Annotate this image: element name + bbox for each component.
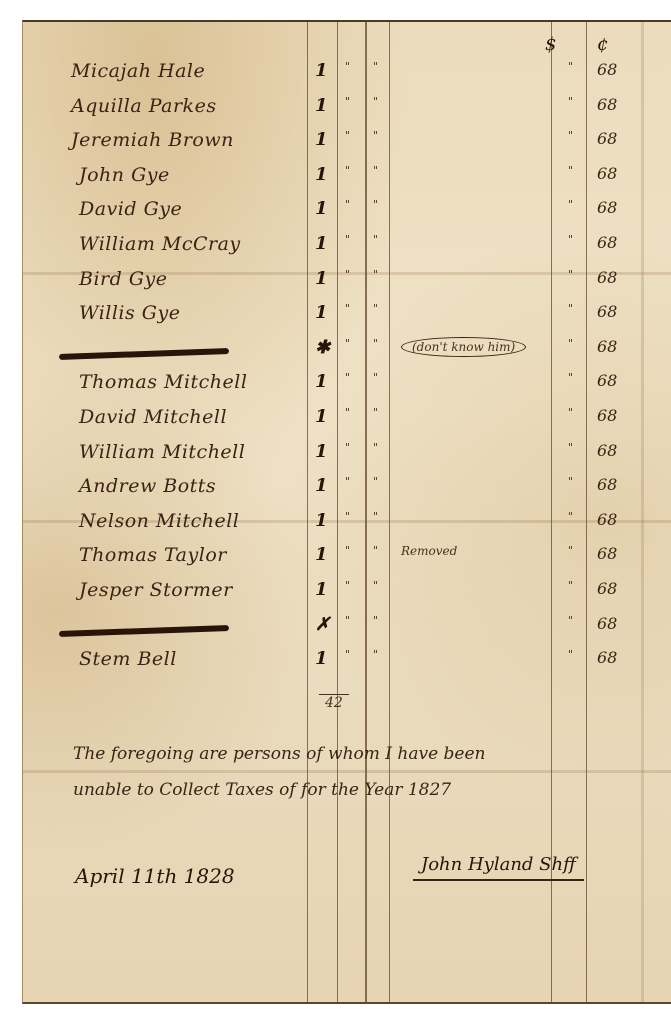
ditto-mark: " bbox=[568, 544, 573, 557]
sheriff-signature: John Hyland Shff bbox=[413, 854, 584, 881]
tax-amount-cents: 68 bbox=[597, 441, 617, 460]
ledger-row: Aquilla Parkes 1 " " " 68 bbox=[23, 95, 671, 129]
tax-amount-cents: 68 bbox=[597, 164, 617, 183]
tax-amount-cents: 68 bbox=[597, 129, 617, 148]
ledger-row: Thomas Taylor 1 " " Removed " 68 bbox=[23, 544, 671, 578]
taxpayer-name: Jesper Stormer bbox=[71, 579, 233, 601]
ledger-row: William Mitchell 1 " " " 68 bbox=[23, 441, 671, 475]
poll-count: ✱ bbox=[315, 337, 330, 358]
ditto-mark: " bbox=[373, 302, 378, 315]
poll-count: ✗ bbox=[315, 614, 330, 635]
tax-amount-cents: 68 bbox=[597, 475, 617, 494]
taxpayer-name: William Mitchell bbox=[71, 441, 245, 463]
count-total: 42 bbox=[319, 694, 349, 711]
ditto-mark: " bbox=[373, 544, 378, 557]
ditto-mark: " bbox=[373, 406, 378, 419]
taxpayer-name: David Mitchell bbox=[71, 406, 227, 428]
ditto-mark: " bbox=[373, 198, 378, 211]
ditto-mark: " bbox=[345, 475, 350, 488]
taxpayer-name: Stem Bell bbox=[71, 648, 177, 670]
tax-amount-cents: 68 bbox=[597, 302, 617, 321]
ditto-mark: " bbox=[568, 95, 573, 108]
ditto-mark: " bbox=[345, 544, 350, 557]
ditto-mark: " bbox=[345, 129, 350, 142]
ditto-mark: " bbox=[345, 614, 350, 627]
tax-amount-cents: 68 bbox=[597, 648, 617, 667]
tax-amount-cents: 68 bbox=[597, 95, 617, 114]
ditto-mark: " bbox=[568, 164, 573, 177]
tax-amount-cents: 68 bbox=[597, 268, 617, 287]
ditto-mark: " bbox=[568, 233, 573, 246]
taxpayer-name: Andrew Botts bbox=[71, 475, 216, 497]
row-note: (don't know him) bbox=[401, 337, 526, 357]
ditto-mark: " bbox=[568, 510, 573, 523]
ditto-mark: " bbox=[373, 268, 378, 281]
statement-line-1: The foregoing are persons of whom I have… bbox=[73, 744, 486, 764]
tax-amount-cents: 68 bbox=[597, 233, 617, 252]
ditto-mark: " bbox=[373, 510, 378, 523]
strikethrough-mark bbox=[59, 625, 229, 637]
tax-amount-cents: 68 bbox=[597, 579, 617, 598]
poll-count: 1 bbox=[315, 371, 328, 392]
poll-count: 1 bbox=[315, 129, 328, 150]
ledger-row: David Gye 1 " " " 68 bbox=[23, 198, 671, 232]
cents-header: ¢ bbox=[597, 34, 608, 55]
ditto-mark: " bbox=[568, 60, 573, 73]
ditto-mark: " bbox=[345, 510, 350, 523]
ditto-mark: " bbox=[373, 129, 378, 142]
ditto-mark: " bbox=[345, 198, 350, 211]
ditto-mark: " bbox=[373, 337, 378, 350]
ledger-row: Willis Gye 1 " " " 68 bbox=[23, 302, 671, 336]
ditto-mark: " bbox=[373, 475, 378, 488]
statement-line-2: unable to Collect Taxes of for the Year … bbox=[73, 780, 451, 800]
ditto-mark: " bbox=[568, 579, 573, 592]
tax-amount-cents: 68 bbox=[597, 337, 617, 356]
ditto-mark: " bbox=[373, 579, 378, 592]
ditto-mark: " bbox=[345, 406, 350, 419]
tax-amount-cents: 68 bbox=[597, 371, 617, 390]
poll-count: 1 bbox=[315, 441, 328, 462]
tax-amount-cents: 68 bbox=[597, 198, 617, 217]
poll-count: 1 bbox=[315, 233, 328, 254]
ditto-mark: " bbox=[345, 164, 350, 177]
ditto-mark: " bbox=[373, 233, 378, 246]
taxpayer-name: Micajah Hale bbox=[71, 60, 205, 82]
poll-count: 1 bbox=[315, 510, 328, 531]
poll-count: 1 bbox=[315, 406, 328, 427]
ledger-row: Jesper Stormer 1 " " " 68 bbox=[23, 579, 671, 613]
ledger-row: David Mitchell 1 " " " 68 bbox=[23, 406, 671, 440]
poll-count: 1 bbox=[315, 95, 328, 116]
ditto-mark: " bbox=[373, 95, 378, 108]
taxpayer-name: Aquilla Parkes bbox=[71, 95, 217, 117]
poll-count: 1 bbox=[315, 60, 328, 81]
tax-amount-cents: 68 bbox=[597, 60, 617, 79]
ditto-mark: " bbox=[373, 164, 378, 177]
ditto-mark: " bbox=[568, 441, 573, 454]
taxpayer-name: Thomas Taylor bbox=[71, 544, 227, 566]
ditto-mark: " bbox=[345, 337, 350, 350]
ditto-mark: " bbox=[568, 268, 573, 281]
ditto-mark: " bbox=[345, 371, 350, 384]
ledger-row: Andrew Botts 1 " " " 68 bbox=[23, 475, 671, 509]
ditto-mark: " bbox=[345, 95, 350, 108]
ditto-mark: " bbox=[568, 129, 573, 142]
taxpayer-name: John Gye bbox=[71, 164, 170, 186]
ditto-mark: " bbox=[373, 441, 378, 454]
dollar-header: $ bbox=[545, 34, 556, 55]
ditto-mark: " bbox=[568, 302, 573, 315]
document-date: April 11th 1828 bbox=[75, 864, 235, 888]
ledger-row: Jeremiah Brown 1 " " " 68 bbox=[23, 129, 671, 163]
poll-count: 1 bbox=[315, 475, 328, 496]
poll-count: 1 bbox=[315, 164, 328, 185]
ditto-mark: " bbox=[345, 268, 350, 281]
poll-count: 1 bbox=[315, 544, 328, 565]
ledger-row: ✗ " " " 68 bbox=[23, 614, 671, 648]
ledger-page: $ ¢ Micajah Hale 1 " " " 68 Aquilla Park… bbox=[22, 20, 671, 1004]
taxpayer-name: Nelson Mitchell bbox=[71, 510, 239, 532]
strikethrough-mark bbox=[59, 348, 229, 360]
ditto-mark: " bbox=[373, 60, 378, 73]
ditto-mark: " bbox=[345, 579, 350, 592]
ledger-row: ✱ " " (don't know him) " 68 bbox=[23, 337, 671, 371]
ditto-mark: " bbox=[373, 371, 378, 384]
poll-count: 1 bbox=[315, 648, 328, 669]
ditto-mark: " bbox=[568, 198, 573, 211]
tax-amount-cents: 68 bbox=[597, 510, 617, 529]
poll-count: 1 bbox=[315, 302, 328, 323]
ledger-row: William McCray 1 " " " 68 bbox=[23, 233, 671, 267]
tax-amount-cents: 68 bbox=[597, 406, 617, 425]
taxpayer-name: William McCray bbox=[71, 233, 241, 255]
poll-count: 1 bbox=[315, 198, 328, 219]
ditto-mark: " bbox=[568, 475, 573, 488]
poll-count: 1 bbox=[315, 579, 328, 600]
taxpayer-name: Thomas Mitchell bbox=[71, 371, 247, 393]
row-note: Removed bbox=[401, 544, 457, 558]
ditto-mark: " bbox=[568, 337, 573, 350]
ditto-mark: " bbox=[345, 648, 350, 661]
ditto-mark: " bbox=[345, 60, 350, 73]
ledger-row: Micajah Hale 1 " " " 68 bbox=[23, 60, 671, 94]
ledger-row: Nelson Mitchell 1 " " " 68 bbox=[23, 510, 671, 544]
ditto-mark: " bbox=[373, 614, 378, 627]
ditto-mark: " bbox=[568, 371, 573, 384]
taxpayer-name: Bird Gye bbox=[71, 268, 167, 290]
ledger-row: Thomas Mitchell 1 " " " 68 bbox=[23, 371, 671, 405]
tax-amount-cents: 68 bbox=[597, 544, 617, 563]
ditto-mark: " bbox=[373, 648, 378, 661]
ledger-row: Bird Gye 1 " " " 68 bbox=[23, 268, 671, 302]
taxpayer-name: David Gye bbox=[71, 198, 182, 220]
ditto-mark: " bbox=[345, 302, 350, 315]
poll-count: 1 bbox=[315, 268, 328, 289]
ledger-row: John Gye 1 " " " 68 bbox=[23, 164, 671, 198]
ditto-mark: " bbox=[345, 441, 350, 454]
fold-crease bbox=[23, 770, 671, 773]
ledger-row: Stem Bell 1 " " " 68 bbox=[23, 648, 671, 682]
tax-amount-cents: 68 bbox=[597, 614, 617, 633]
ditto-mark: " bbox=[568, 614, 573, 627]
ditto-mark: " bbox=[568, 406, 573, 419]
taxpayer-name: Willis Gye bbox=[71, 302, 180, 324]
ditto-mark: " bbox=[345, 233, 350, 246]
ditto-mark: " bbox=[568, 648, 573, 661]
taxpayer-name: Jeremiah Brown bbox=[71, 129, 234, 151]
